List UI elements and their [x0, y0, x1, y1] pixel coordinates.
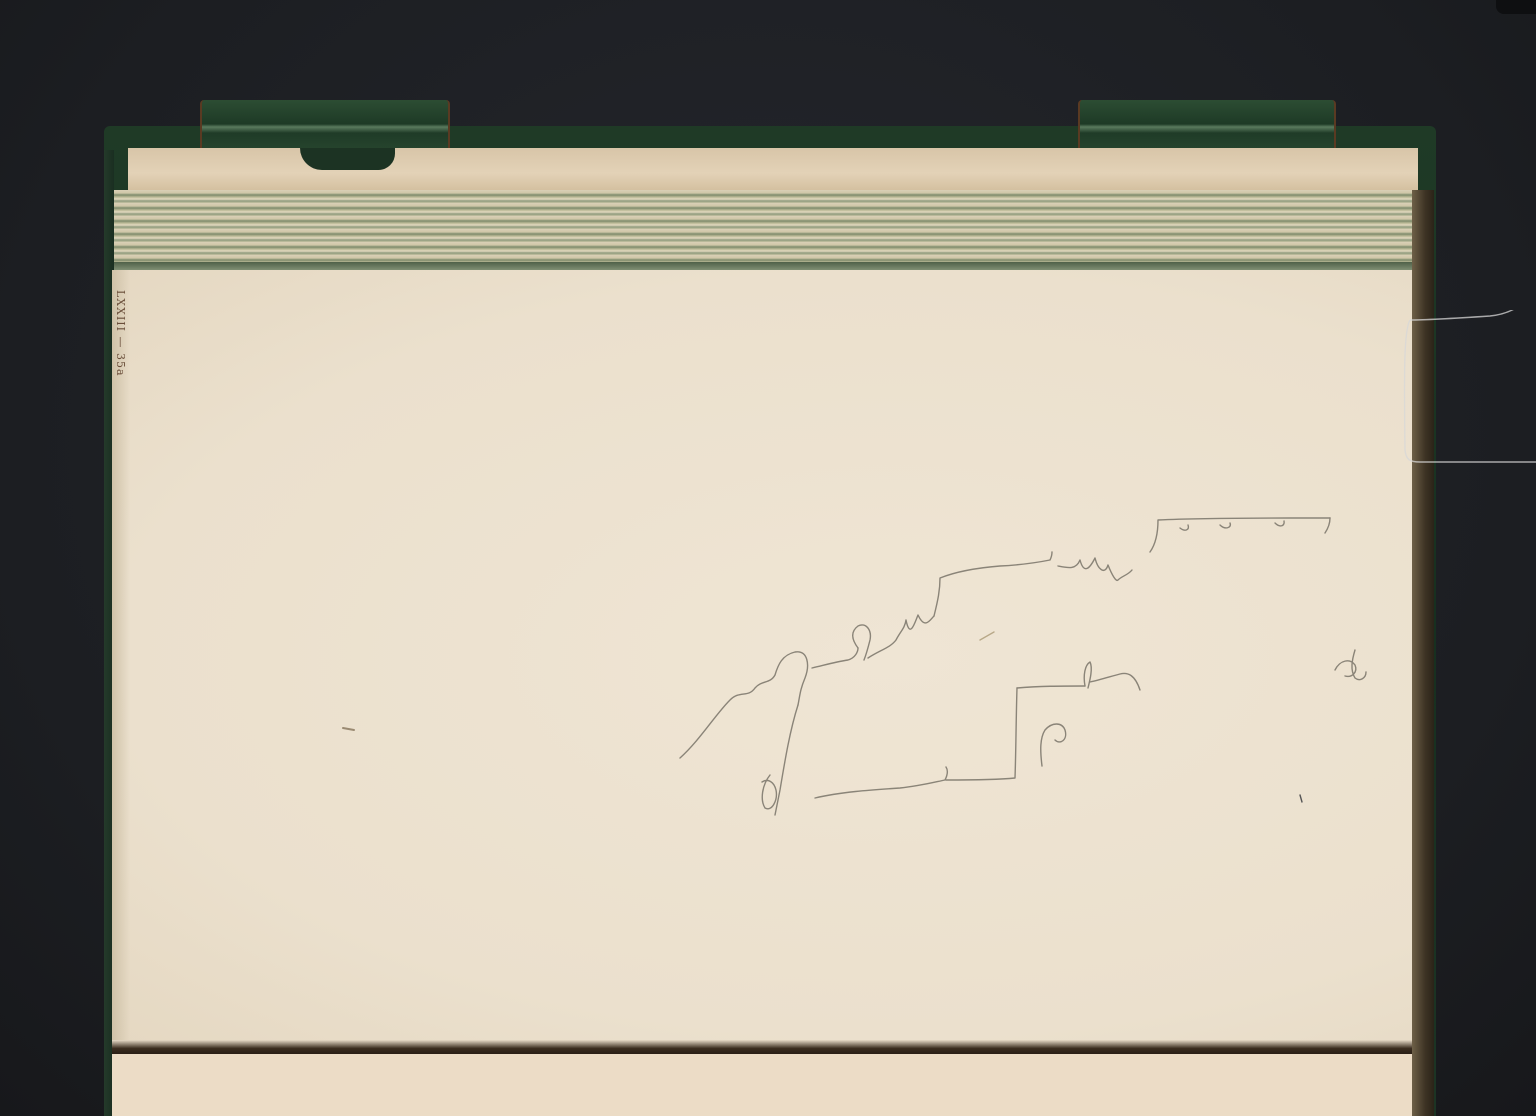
pencil-sketch: [0, 0, 1536, 1116]
transparent-clip: [1400, 310, 1536, 470]
